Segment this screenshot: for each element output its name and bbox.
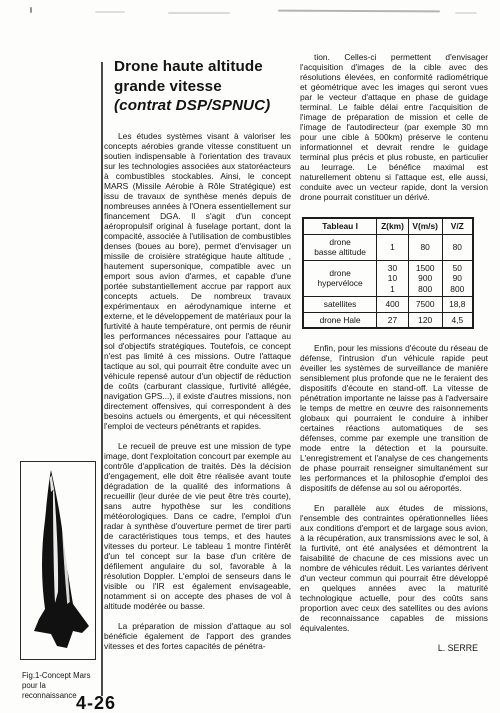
title-contract: (contrat DSP/SPNUC) xyxy=(114,96,296,116)
scan-noise-streak xyxy=(95,11,125,13)
scan-noise-streak xyxy=(168,12,230,14)
cell-v: 120 xyxy=(408,312,442,328)
row-label: drone basse altitude xyxy=(303,234,377,260)
paragraph: La préparation de mission d'attaque au s… xyxy=(104,621,291,651)
row-label: satellites xyxy=(303,297,377,313)
table-row: drone Hale 27 120 4,5 xyxy=(303,312,473,328)
scan-noise-streak xyxy=(278,10,440,13)
paragraph: tion. Celles-ci permettent d'envisager l… xyxy=(300,52,488,202)
text-column-left: Les études systèmes visant à valoriser l… xyxy=(104,131,291,661)
mars-missile-silhouette xyxy=(21,462,95,659)
column-divider-rule xyxy=(101,62,103,696)
paragraph: En parallèle aux études de missions, l'e… xyxy=(300,503,488,633)
table-row: satellites 400 7500 18,8 xyxy=(303,297,473,313)
author-signature: L. SERRE xyxy=(300,643,488,653)
text-column-right: tion. Celles-ci permettent d'envisager l… xyxy=(300,52,488,653)
article-title: Drone haute altitude grande vitesse (con… xyxy=(114,57,296,116)
title-line-1: Drone haute altitude xyxy=(114,57,296,77)
cell-z: 30 10 1 xyxy=(377,260,409,297)
cell-vz: 4,5 xyxy=(442,312,473,328)
cell-vz: 80 xyxy=(442,234,473,260)
col-header-vz: V/Z xyxy=(442,218,473,234)
cell-vz: 18,8 xyxy=(442,297,473,313)
row-label: drone Hale xyxy=(303,312,377,328)
table-row: drone hypervéloce 30 10 1 1500 900 800 5… xyxy=(303,260,473,297)
paragraph: Enfin, pour les missions d'écoute du rés… xyxy=(300,343,488,493)
paragraph: Le recueil de preuve est une mission de … xyxy=(104,441,291,611)
table-row: drone basse altitude 1 80 80 xyxy=(303,234,473,260)
scanned-document-page: Drone haute altitude grande vitesse (con… xyxy=(0,0,500,713)
cell-z: 27 xyxy=(377,312,409,328)
scan-noise-streak xyxy=(455,12,477,14)
cell-z: 1 xyxy=(377,234,409,260)
cell-z: 400 xyxy=(377,297,409,313)
cell-v: 7500 xyxy=(408,297,442,313)
col-header-z: Z(km) xyxy=(377,218,409,234)
cell-v: 80 xyxy=(408,234,442,260)
col-header-v: V(m/s) xyxy=(408,218,442,234)
scan-noise-mark xyxy=(30,7,32,13)
table-title-cell: Tableau I xyxy=(303,218,377,234)
cell-vz: 50 90 800 xyxy=(442,260,473,297)
cell-v: 1500 900 800 xyxy=(408,260,442,297)
paragraph: Les études systèmes visant à valoriser l… xyxy=(104,131,291,431)
page-number: 4-26 xyxy=(76,693,116,713)
figure-1-frame xyxy=(20,461,96,660)
row-label: drone hypervéloce xyxy=(303,260,377,297)
table-header-row: Tableau I Z(km) V(m/s) V/Z xyxy=(303,218,473,234)
tableau-1: Tableau I Z(km) V(m/s) V/Z drone basse a… xyxy=(302,217,474,329)
title-line-2: grande vitesse xyxy=(114,77,296,97)
